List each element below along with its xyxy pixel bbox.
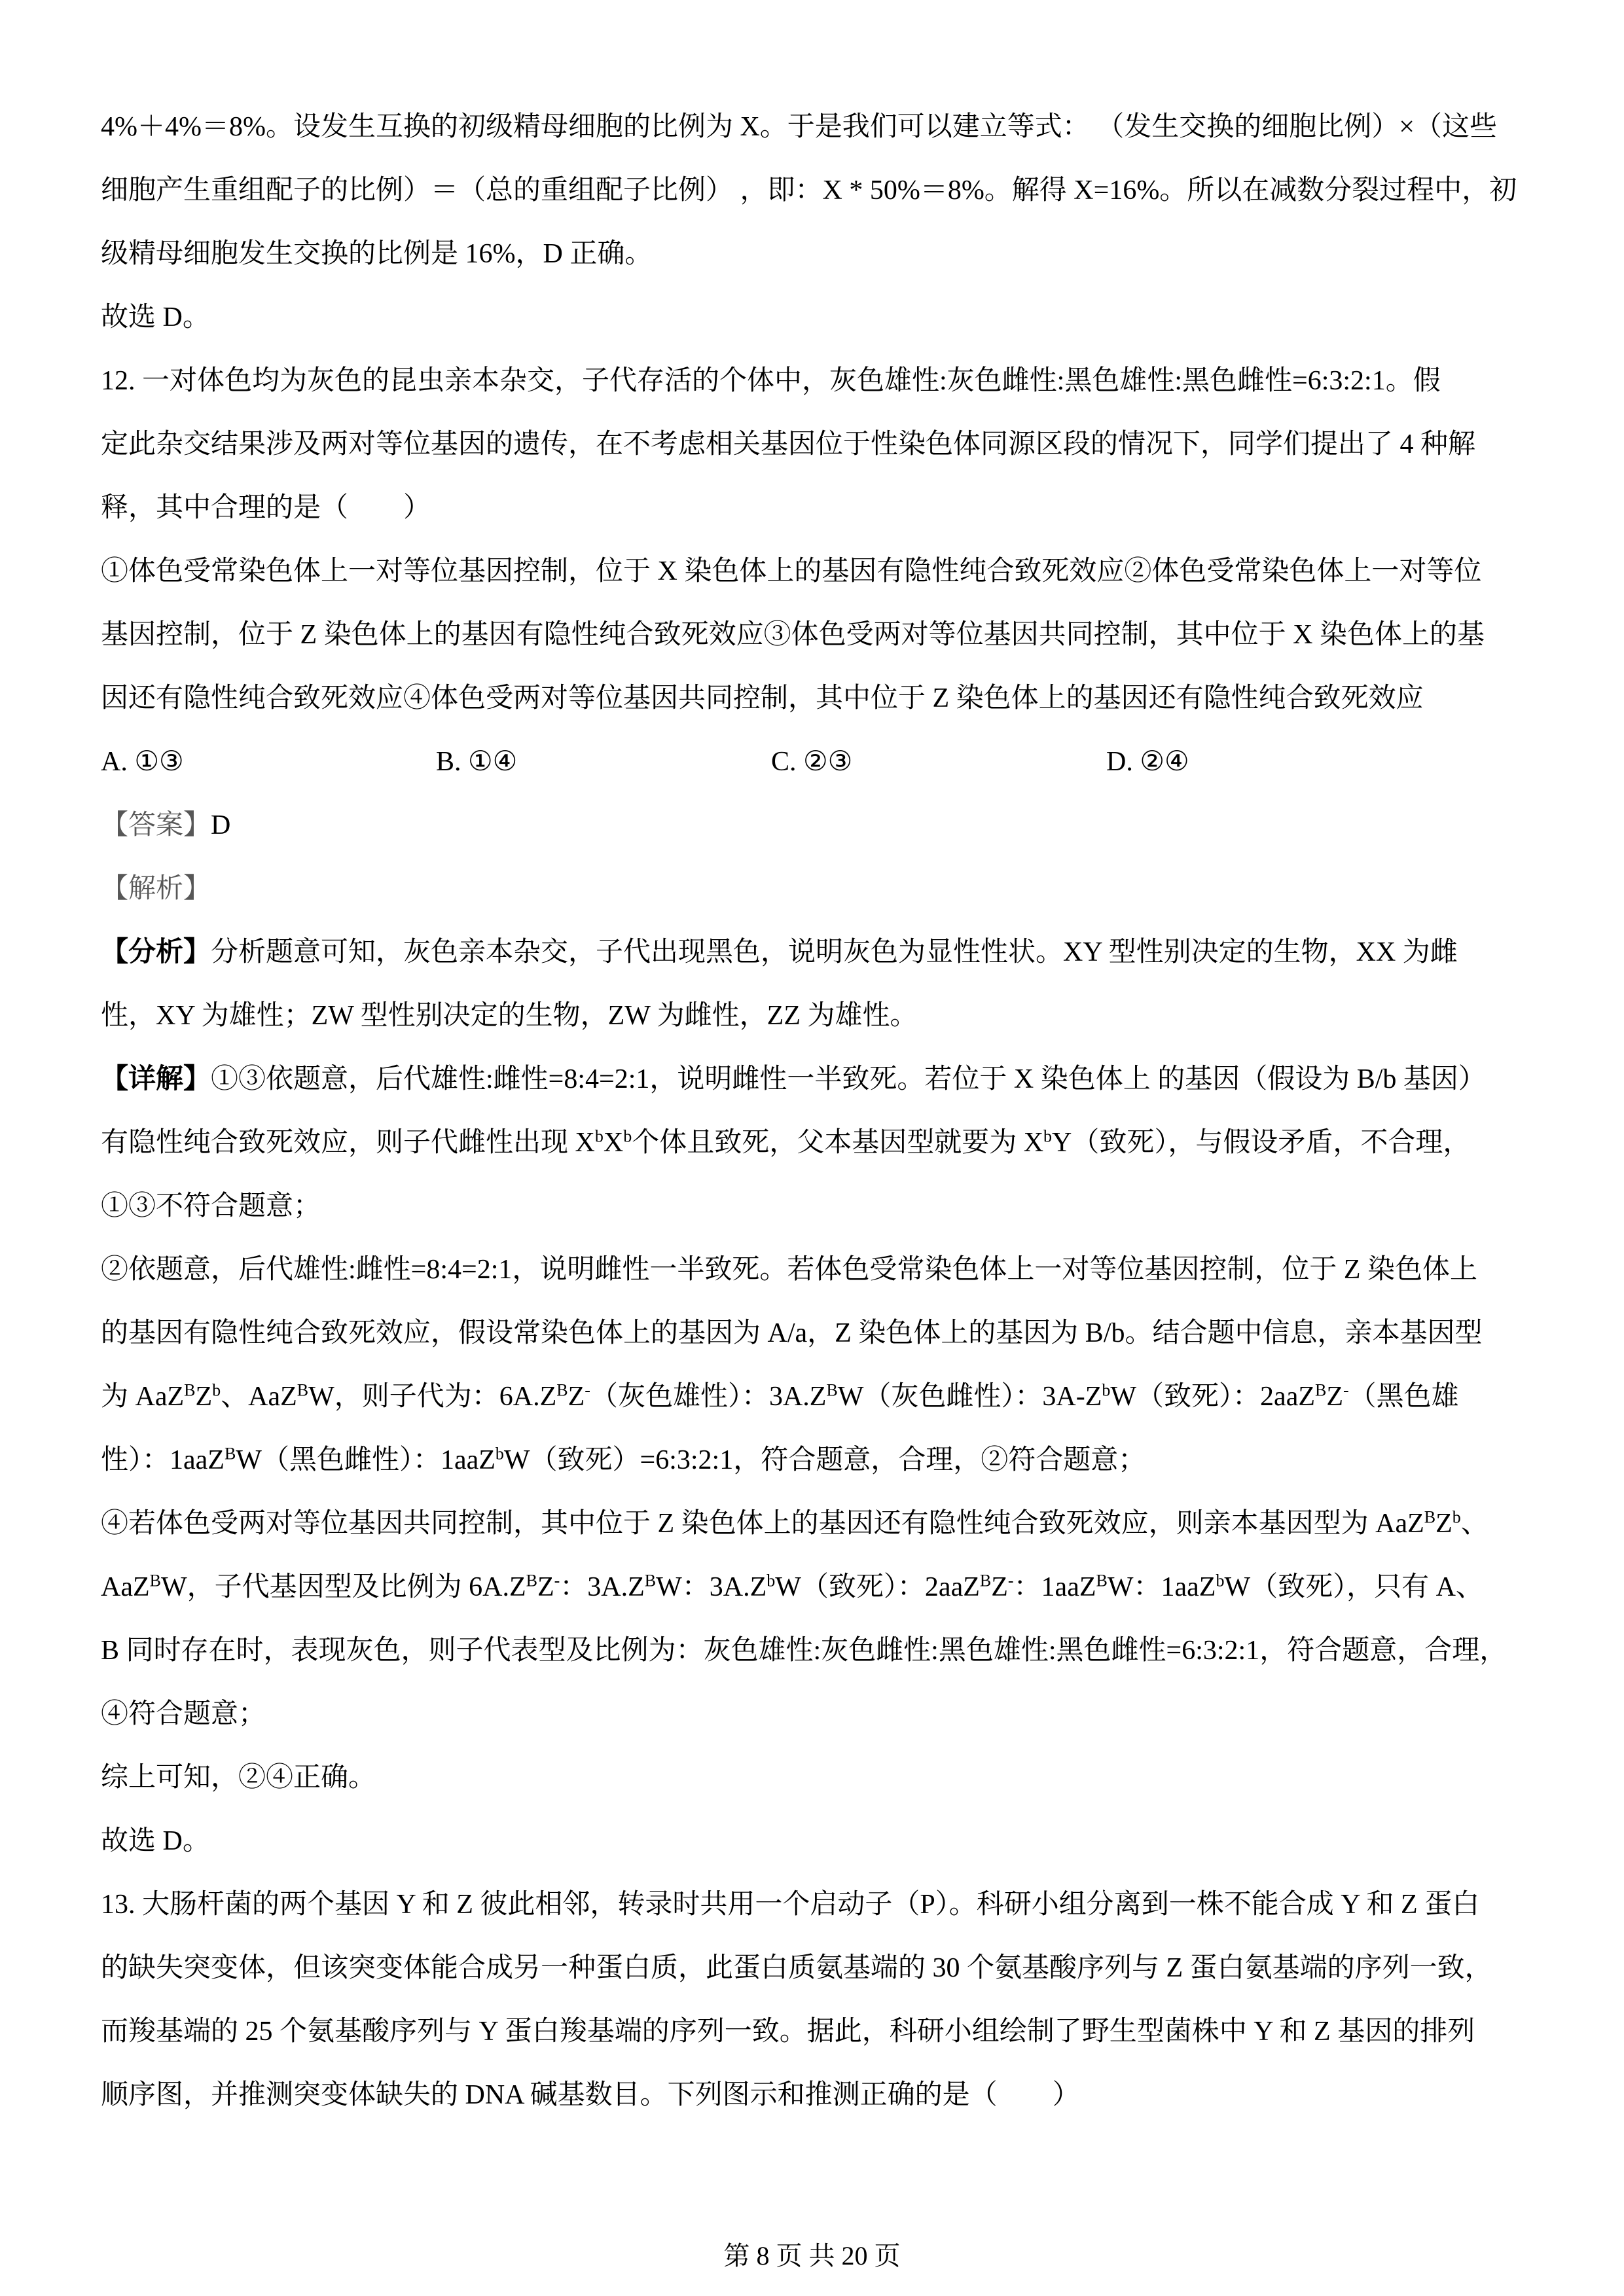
text-line: 12. 一对体色均为灰色的昆虫亲本杂交，子代存活的个体中，灰色雄性:灰色雌性:黑… (101, 350, 1534, 413)
superscript: B (150, 1571, 161, 1590)
superscript: b (496, 1444, 504, 1463)
text-line: AaZBW，子代基因型及比例为 6A.ZBZ-：3A.ZBW：3A.ZbW（致死… (101, 1556, 1534, 1619)
superscript: - (1343, 1381, 1349, 1400)
text-line: 的缺失突变体，但该突变体能合成另一种蛋白质，此蛋白质氨基端的 30 个氨基酸序列… (101, 1937, 1534, 2000)
superscript: B (826, 1381, 837, 1400)
superscript: B (184, 1381, 195, 1400)
document-content: 4%＋4%＝8%。设发生互换的初级精母细胞的比例为 X。于是我们可以建立等式： … (101, 96, 1534, 2127)
text-line: 【分析】分析题意可知，灰色亲本杂交，子代出现黑色，说明灰色为显性性状。XY 型性… (101, 921, 1534, 984)
superscript: b (1453, 1508, 1461, 1527)
superscript: b (623, 1127, 632, 1146)
text-line: 顺序图，并推测突变体缺失的 DNA 碱基数目。下列图示和推测正确的是（ ） (101, 2064, 1534, 2127)
text-line: ①体色受常染色体上一对等位基因控制，位于 X 染色体上的基因有隐性纯合致死效应②… (101, 540, 1534, 603)
text-line: ④若体色受两对等位基因共同控制，其中位于 Z 染色体上的基因还有隐性纯合致死效应… (101, 1492, 1534, 1556)
option-a: A. ①③ (101, 730, 436, 794)
text-line: 因还有隐性纯合致死效应④体色受两对等位基因共同控制，其中位于 Z 染色体上的基因… (101, 667, 1534, 730)
superscript: B (645, 1571, 656, 1590)
superscript: b (595, 1127, 604, 1146)
option-c: C. ②③ (771, 730, 1106, 794)
document-page: 4%＋4%＝8%。设发生互换的初级精母细胞的比例为 X。于是我们可以建立等式： … (0, 0, 1624, 2296)
section-header: 【答案】 (101, 810, 211, 840)
option-d: D. ②④ (1106, 730, 1189, 794)
superscript: B (225, 1444, 236, 1463)
superscript: b (1043, 1127, 1052, 1146)
superscript: b (1102, 1381, 1110, 1400)
text-line: 【详解】①③依题意，后代雄性:雌性=8:4=2:1，说明雌性一半致死。若位于 X… (101, 1048, 1534, 1111)
text-line: 故选 D。 (101, 1810, 1534, 1873)
text-line: 的基因有隐性纯合致死效应，假设常染色体上的基因为 A/a，Z 染色体上的基因为 … (101, 1302, 1534, 1365)
superscript: b (212, 1381, 221, 1400)
superscript: B (556, 1381, 568, 1400)
text-line: 有隐性纯合致死效应，则子代雌性出现 XbXb个体且致死，父本基因型就要为 XbY… (101, 1111, 1534, 1175)
text-line: 而羧基端的 25 个氨基酸序列与 Y 蛋白羧基端的序列一致。据此，科研小组绘制了… (101, 2000, 1534, 2064)
text-line: 性，XY 为雄性；ZW 型性别决定的生物，ZW 为雌性，ZZ 为雄性。 (101, 984, 1534, 1048)
superscript: B (980, 1571, 991, 1590)
superscript: - (1008, 1571, 1014, 1590)
superscript: b (767, 1571, 775, 1590)
text-line: ②依题意，后代雄性:雌性=8:4=2:1，说明雌性一半致死。若体色受常染色体上一… (101, 1238, 1534, 1302)
text-line: B 同时存在时，表现灰色，则子代表型及比例为：灰色雄性:灰色雌性:黑色雄性:黑色… (101, 1619, 1534, 1683)
superscript: B (1315, 1381, 1326, 1400)
text-line: ④符合题意； (101, 1683, 1534, 1746)
superscript: B (1424, 1508, 1435, 1527)
page-footer: 第 8 页 共 20 页 (0, 2224, 1624, 2287)
text-line: 级精母细胞发生交换的比例是 16%，D 正确。 (101, 223, 1534, 286)
text-line: 4%＋4%＝8%。设发生互换的初级精母细胞的比例为 X。于是我们可以建立等式： … (101, 96, 1534, 159)
text-line: 细胞产生重组配子的比例）＝（总的重组配子比例） ，即：X * 50%＝8%。解得… (101, 159, 1534, 223)
superscript: - (585, 1381, 590, 1400)
text-line: 定此杂交结果涉及两对等位基因的遗传，在不考虑相关基因位于性染色体同源区段的情况下… (101, 413, 1534, 476)
text-line: 13. 大肠杆菌的两个基因 Y 和 Z 彼此相邻，转录时共用一个启动子（P）。科… (101, 1873, 1534, 1937)
text-line: 【答案】D (101, 794, 1534, 857)
section-header: 【详解】 (101, 1064, 211, 1094)
superscript: B (297, 1381, 308, 1400)
options-line: A. ①③B. ①④C. ②③D. ②④ (101, 730, 1534, 794)
text-line: 综上可知，②④正确。 (101, 1746, 1534, 1810)
superscript: B (526, 1571, 537, 1590)
text-line: 【解析】 (101, 857, 1534, 921)
text-line: 故选 D。 (101, 286, 1534, 350)
text-line: ①③不符合题意； (101, 1175, 1534, 1238)
superscript: b (1216, 1571, 1224, 1590)
text-line: 为 AaZBZb、AaZBW，则子代为：6A.ZBZ-（灰色雄性）：3A.ZBW… (101, 1365, 1534, 1429)
text-line: 性）：1aaZBW（黑色雌性）：1aaZbW（致死）=6:3:2:1，符合题意，… (101, 1429, 1534, 1492)
section-header: 【解析】 (101, 874, 211, 904)
text-line: 释，其中合理的是（ ） (101, 476, 1534, 540)
option-b: B. ①④ (436, 730, 771, 794)
superscript: - (554, 1571, 560, 1590)
superscript: B (1096, 1571, 1108, 1590)
text-line: 基因控制，位于 Z 染色体上的基因有隐性纯合致死效应③体色受两对等位基因共同控制… (101, 603, 1534, 667)
section-header: 【分析】 (101, 937, 211, 967)
